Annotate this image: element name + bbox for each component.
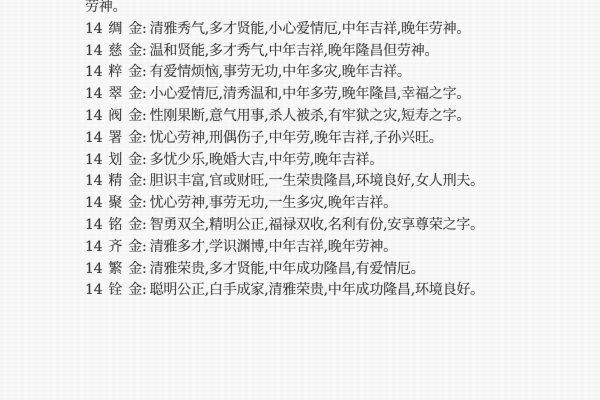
entry-character: 慈 [108,43,122,59]
meaning-text: 多忧少乐,晚婚大吉,中年劳,晚年吉祥。 [150,152,384,168]
meaning-text: 忧心劳神,刑偶伤子,中年劳,晚年吉祥,子孙兴旺。 [150,130,443,146]
meaning-text: 小心爱情厄,清秀温和,中年多劳,晚年隆昌,幸福之字。 [150,86,471,102]
colon-separator: : [142,217,147,233]
stroke-count: 14 [85,86,102,102]
colon-separator: : [142,21,147,37]
dictionary-entry: 14精金:胆识丰富,官或财旺,一生荣贵隆昌,环境良好,女人刑夫。 [85,171,506,193]
wuxing-label: 金 [128,261,142,277]
stroke-count: 14 [85,43,102,59]
meaning-text: 温和贤能,多才秀气,中年吉祥,晚年隆昌但劳神。 [150,43,439,59]
stroke-count: 14 [85,173,102,189]
dictionary-entry: 14绸金:清雅秀气,多才贤能,小心爱情厄,中年吉祥,晚年劳神。 [85,19,506,41]
wuxing-label: 金 [128,130,142,146]
entry-character: 划 [108,152,122,168]
scanned-document-page: { "page": { "background": "#fafafa", "te… [0,0,600,400]
stroke-count: 14 [85,239,102,255]
meaning-text: 性刚果断,意气用事,杀人被杀,有牢狱之灾,短寿之字。 [150,108,471,124]
dictionary-entry: 14署金:忧心劳神,刑偶伤子,中年劳,晚年吉祥,子孙兴旺。 [85,128,506,150]
meaning-text: 清雅多才,学识渊博,中年吉祥,晚年劳神。 [150,239,397,255]
stroke-count: 14 [85,21,102,37]
entry-character: 聚 [108,195,122,211]
entry-character: 翠 [108,86,122,102]
dictionary-entry: 14粹金:有爱情烦恼,事劳无功,中年多灾,晚年吉祥。 [85,62,506,84]
stroke-count: 14 [85,261,102,277]
colon-separator: : [142,108,147,124]
entry-character: 铨 [108,282,122,298]
stroke-count: 14 [85,130,102,146]
entry-character: 铭 [108,217,122,233]
entry-character: 齐 [108,239,122,255]
entry-character: 阀 [108,108,122,124]
colon-separator: : [142,282,147,298]
meaning-text: 清雅荣贵,多才贤能,中年成功隆昌,有爱情厄。 [150,261,425,277]
colon-separator: : [142,239,147,255]
dictionary-entry: 14慈金:温和贤能,多才秀气,中年吉祥,晚年隆昌但劳神。 [85,41,506,63]
dictionary-entry: 14繁金:清雅荣贵,多才贤能,中年成功隆昌,有爱情厄。 [85,259,506,281]
dictionary-entry: 14齐金:清雅多才,学识渊博,中年吉祥,晚年劳神。 [85,237,506,259]
meaning-text: 忧心劳神,事劳无功,一生多灾,晚年吉祥。 [150,195,397,211]
meaning-text: 聪明公正,白手成家,清雅荣贵,中年成功隆昌,环境良好。 [150,282,484,298]
wuxing-label: 金 [128,21,142,37]
meaning-text: 胆识丰富,官或财旺,一生荣贵隆昌,环境良好,女人刑夫。 [150,173,484,189]
entry-character: 粹 [108,64,122,80]
colon-separator: : [142,261,147,277]
stroke-count: 14 [85,195,102,211]
page-text-block: 劳神。 14绸金:清雅秀气,多才贤能,小心爱情厄,中年吉祥,晚年劳神。14慈金:… [85,0,506,302]
wuxing-label: 金 [128,152,142,168]
dictionary-entry: 14铭金:智勇双全,精明公正,福禄双收,名利有份,安享尊荣之字。 [85,215,506,237]
colon-separator: : [142,152,147,168]
wuxing-label: 金 [128,108,142,124]
wuxing-label: 金 [128,239,142,255]
entry-character: 绸 [108,21,122,37]
entry-list: 14绸金:清雅秀气,多才贤能,小心爱情厄,中年吉祥,晚年劳神。14慈金:温和贤能… [85,19,506,302]
wuxing-label: 金 [128,217,142,233]
stroke-count: 14 [85,108,102,124]
wuxing-label: 金 [128,195,142,211]
dictionary-entry: 14翠金:小心爱情厄,清秀温和,中年多劳,晚年隆昌,幸福之字。 [85,84,506,106]
entry-character: 繁 [108,261,122,277]
dictionary-entry: 14铨金:聪明公正,白手成家,清雅荣贵,中年成功隆昌,环境良好。 [85,280,506,302]
entry-character: 署 [108,130,122,146]
stroke-count: 14 [85,217,102,233]
stroke-count: 14 [85,152,102,168]
meaning-text: 清雅秀气,多才贤能,小心爱情厄,中年吉祥,晚年劳神。 [150,21,471,37]
meaning-text: 智勇双全,精明公正,福禄双收,名利有份,安享尊荣之字。 [150,217,484,233]
overflow-continuation-line: 劳神。 [85,0,506,19]
stroke-count: 14 [85,64,102,80]
wuxing-label: 金 [128,64,142,80]
colon-separator: : [142,86,147,102]
wuxing-label: 金 [128,86,142,102]
meaning-text: 有爱情烦恼,事劳无功,中年多灾,晚年吉祥。 [150,64,411,80]
colon-separator: : [142,43,147,59]
dictionary-entry: 14划金:多忧少乐,晚婚大吉,中年劳,晚年吉祥。 [85,150,506,172]
dictionary-entry: 14聚金:忧心劳神,事劳无功,一生多灾,晚年吉祥。 [85,193,506,215]
colon-separator: : [142,64,147,80]
wuxing-label: 金 [128,173,142,189]
entry-character: 精 [108,173,122,189]
dictionary-entry: 14阀金:性刚果断,意气用事,杀人被杀,有牢狱之灾,短寿之字。 [85,106,506,128]
wuxing-label: 金 [128,282,142,298]
colon-separator: : [142,195,147,211]
wuxing-label: 金 [128,43,142,59]
stroke-count: 14 [85,282,102,298]
colon-separator: : [142,130,147,146]
colon-separator: : [142,173,147,189]
